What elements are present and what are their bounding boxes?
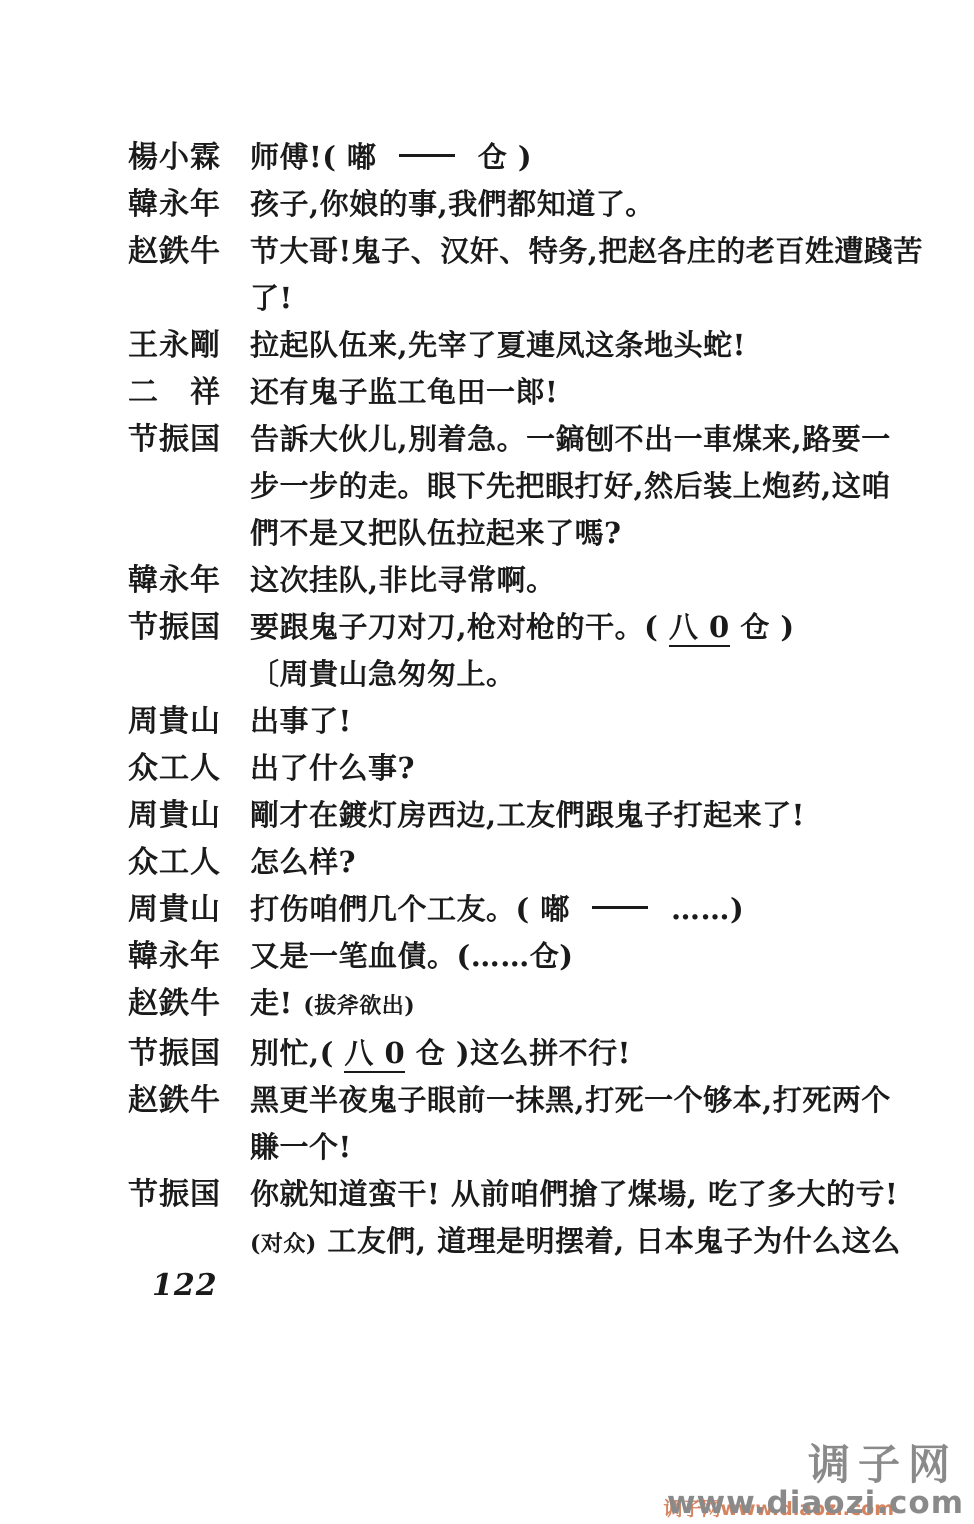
dialogue-row: 韓永年孩子,你娘的事,我們都知道了。 <box>0 181 974 228</box>
dialogue-line: 孩子,你娘的事,我們都知道了。 <box>250 181 898 228</box>
speech-text: 节大哥!鬼子、汉奸、特务,把赵各庄的老百姓遭踐苦了! <box>250 228 898 322</box>
speech-text: 走! (拔斧欲出) <box>250 980 898 1030</box>
dialogue-line: 步一步的走。眼下先把眼打好,然后装上炮药,这咱 <box>250 463 898 510</box>
dialogue-line: 走! (拔斧欲出) <box>250 980 898 1030</box>
stage-direction: (拔斧欲出) <box>303 993 415 1019</box>
speech-text: 出事了! <box>250 698 898 745</box>
speech-text: 孩子,你娘的事,我們都知道了。 <box>250 181 898 228</box>
speech-text: 出了什么事? <box>250 745 898 792</box>
dialogue-text: 出了什么事? <box>250 751 415 785</box>
dialogue-line: 师傅!( 嘟 仓 ) <box>250 134 898 181</box>
dialogue-text: 又是一笔血債。(……仓) <box>250 939 573 973</box>
dialogue-row: 众工人怎么样? <box>0 839 974 886</box>
dialogue-line: 又是一笔血債。(……仓) <box>250 933 898 980</box>
speaker-name: 节振国 <box>128 1171 250 1218</box>
speaker-name: 王永剛 <box>128 322 250 369</box>
dialogue-row: 节振国告訴大伙儿,別着急。一鎬刨不出一車煤来,路要一步一步的走。眼下先把眼打好,… <box>0 416 974 557</box>
dialogue-line: 了! <box>250 275 898 322</box>
dialogue-line: 們不是又把队伍拉起来了嗎? <box>250 510 898 557</box>
dialogue-text: 〔周貴山急匆匆上。 <box>250 657 516 691</box>
dialogue-text: 別忙,( <box>250 1036 344 1070</box>
speech-text: 又是一笔血債。(……仓) <box>250 933 898 980</box>
dialogue-line: 出事了! <box>250 698 898 745</box>
dialogue-line: 节大哥!鬼子、汉奸、特务,把赵各庄的老百姓遭踐苦 <box>250 228 898 275</box>
speech-text: 別忙,( 八 0 仓 )这么拼不行! <box>250 1030 898 1077</box>
dialogue-text: 节大哥!鬼子、汉奸、特务,把赵各庄的老百姓遭踐苦 <box>250 234 923 268</box>
speaker-name: 二 祥 <box>128 369 250 416</box>
dialogue-text: 工友們, 道理是明摆着, 日本鬼子为什么这么 <box>317 1224 901 1258</box>
long-dash-glyph <box>592 906 648 909</box>
dialogue-row: 节振国要跟鬼子刀对刀,枪对枪的干。( 八 0 仓 )〔周貴山急匆匆上。 <box>0 604 974 698</box>
dialogue-text: ……) <box>660 892 744 926</box>
dialogue-text: 仓 )这么拼不行! <box>405 1036 631 1070</box>
watermark: 调子网www.diaozi.com 调子网 www.diaozi.com <box>667 1443 964 1520</box>
speaker-name: 周貴山 <box>128 698 250 745</box>
speech-text: 要跟鬼子刀对刀,枪对枪的干。( 八 0 仓 )〔周貴山急匆匆上。 <box>250 604 898 698</box>
speaker-name: 众工人 <box>128 745 250 792</box>
page-number: 122 <box>152 1268 218 1303</box>
percussion-notation: 八 0 <box>669 610 730 647</box>
dialogue-line: 拉起队伍来,先宰了夏連凤这条地头蛇! <box>250 322 898 369</box>
dialogue-text: 师傅!( 嘟 <box>250 140 387 174</box>
percussion-notation: 八 0 <box>344 1036 405 1073</box>
speaker-name: 周貴山 <box>128 886 250 933</box>
dialogue-line: 賺一个! <box>250 1124 898 1171</box>
dialogue-row: 赵鉄牛节大哥!鬼子、汉奸、特务,把赵各庄的老百姓遭踐苦了! <box>0 228 974 322</box>
dialogue-line: 告訴大伙儿,別着急。一鎬刨不出一車煤来,路要一 <box>250 416 898 463</box>
dialogue-text: 这次挂队,非比寻常啊。 <box>250 563 556 597</box>
speaker-name: 韓永年 <box>128 557 250 604</box>
speaker-name: 周貴山 <box>128 792 250 839</box>
speaker-name: 楊小霖 <box>128 134 250 181</box>
dialogue-text: 仓 ) <box>730 610 795 644</box>
watermark-site-name: 调子网 <box>667 1443 958 1487</box>
speaker-name: 赵鉄牛 <box>128 1077 250 1124</box>
speech-text: 剛才在鍍灯房西边,工友們跟鬼子打起来了! <box>250 792 898 839</box>
speaker-name: 赵鉄牛 <box>128 980 250 1027</box>
dialogue-row: 周貴山剛才在鍍灯房西边,工友們跟鬼子打起来了! <box>0 792 974 839</box>
dialogue-line: 怎么样? <box>250 839 898 886</box>
dialogue-text: 还有鬼子监工龟田一郞! <box>250 375 558 409</box>
dialogue-text: 告訴大伙儿,別着急。一鎬刨不出一車煤来,路要一 <box>250 422 891 456</box>
speech-text: 打伤咱們几个工友。( 嘟 ……) <box>250 886 898 933</box>
stage-direction: (对众) <box>250 1231 317 1257</box>
dialogue-text: 要跟鬼子刀对刀,枪对枪的干。( <box>250 610 669 644</box>
speech-text: 还有鬼子监工龟田一郞! <box>250 369 898 416</box>
speaker-name: 众工人 <box>128 839 250 886</box>
speech-text: 这次挂队,非比寻常啊。 <box>250 557 898 604</box>
speaker-name: 韓永年 <box>128 181 250 228</box>
dialogue-line: 〔周貴山急匆匆上。 <box>250 651 898 698</box>
speaker-name: 赵鉄牛 <box>128 228 250 275</box>
speech-text: 你就知道蛮干! 从前咱們搶了煤場, 吃了多大的亏!(对众) 工友們, 道理是明摆… <box>250 1171 898 1268</box>
dialogue-line: 要跟鬼子刀对刀,枪对枪的干。( 八 0 仓 ) <box>250 604 898 651</box>
speech-text: 黑更半夜鬼子眼前一抹黑,打死一个够本,打死两个賺一个! <box>250 1077 898 1171</box>
speech-text: 怎么样? <box>250 839 898 886</box>
speaker-name: 韓永年 <box>128 933 250 980</box>
dialogue-text: 拉起队伍来,先宰了夏連凤这条地头蛇! <box>250 328 746 362</box>
dialogue-row: 赵鉄牛走! (拔斧欲出) <box>0 980 974 1030</box>
dialogue-line: 黑更半夜鬼子眼前一抹黑,打死一个够本,打死两个 <box>250 1077 898 1124</box>
dialogue-line: 这次挂队,非比寻常啊。 <box>250 557 898 604</box>
dialogue-text: 你就知道蛮干! 从前咱們搶了煤場, 吃了多大的亏! <box>250 1177 898 1211</box>
dialogue-text: 步一步的走。眼下先把眼打好,然后装上炮药,这咱 <box>250 469 891 503</box>
speech-text: 师傅!( 嘟 仓 ) <box>250 134 898 181</box>
dialogue-line: 出了什么事? <box>250 745 898 792</box>
speech-text: 拉起队伍来,先宰了夏連凤这条地头蛇! <box>250 322 898 369</box>
dialogue-line: (对众) 工友們, 道理是明摆着, 日本鬼子为什么这么 <box>250 1218 898 1268</box>
speech-text: 告訴大伙儿,別着急。一鎬刨不出一車煤来,路要一步一步的走。眼下先把眼打好,然后装… <box>250 416 898 557</box>
long-dash-glyph <box>399 154 455 157</box>
dialogue-list: 楊小霖师傅!( 嘟 仓 )韓永年孩子,你娘的事,我們都知道了。赵鉄牛节大哥!鬼子… <box>0 134 974 1268</box>
dialogue-row: 韓永年又是一笔血債。(……仓) <box>0 933 974 980</box>
dialogue-row: 王永剛拉起队伍来,先宰了夏連凤这条地头蛇! <box>0 322 974 369</box>
dialogue-row: 节振国別忙,( 八 0 仓 )这么拼不行! <box>0 1030 974 1077</box>
dialogue-row: 众工人出了什么事? <box>0 745 974 792</box>
dialogue-row: 二 祥还有鬼子监工龟田一郞! <box>0 369 974 416</box>
dialogue-row: 楊小霖师傅!( 嘟 仓 ) <box>0 134 974 181</box>
dialogue-line: 还有鬼子监工龟田一郞! <box>250 369 898 416</box>
dialogue-text: 怎么样? <box>250 845 356 879</box>
dialogue-line: 剛才在鍍灯房西边,工友們跟鬼子打起来了! <box>250 792 898 839</box>
dialogue-text: 仓 ) <box>467 140 532 174</box>
speaker-name: 节振国 <box>128 1030 250 1077</box>
dialogue-text: 出事了! <box>250 704 352 738</box>
dialogue-text: 打伤咱們几个工友。( 嘟 <box>250 892 580 926</box>
dialogue-text: 了! <box>250 281 293 315</box>
dialogue-row: 周貴山打伤咱們几个工友。( 嘟 ……) <box>0 886 974 933</box>
dialogue-text: 剛才在鍍灯房西边,工友們跟鬼子打起来了! <box>250 798 805 832</box>
dialogue-row: 赵鉄牛黑更半夜鬼子眼前一抹黑,打死一个够本,打死两个賺一个! <box>0 1077 974 1171</box>
dialogue-text: 黑更半夜鬼子眼前一抹黑,打死一个够本,打死两个 <box>250 1083 891 1117</box>
dialogue-row: 韓永年这次挂队,非比寻常啊。 <box>0 557 974 604</box>
dialogue-line: 打伤咱們几个工友。( 嘟 ……) <box>250 886 898 933</box>
dialogue-text: 賺一个! <box>250 1130 352 1164</box>
dialogue-row: 节振国你就知道蛮干! 从前咱們搶了煤場, 吃了多大的亏!(对众) 工友們, 道理… <box>0 1171 974 1268</box>
dialogue-text: 們不是又把队伍拉起来了嗎? <box>250 516 622 550</box>
dialogue-text: 孩子,你娘的事,我們都知道了。 <box>250 187 655 221</box>
scanned-script-page: 楊小霖师傅!( 嘟 仓 )韓永年孩子,你娘的事,我們都知道了。赵鉄牛节大哥!鬼子… <box>0 0 974 1524</box>
dialogue-text: 走! <box>250 986 303 1020</box>
watermark-url: www.diaozi.com <box>667 1487 964 1520</box>
dialogue-row: 周貴山出事了! <box>0 698 974 745</box>
dialogue-line: 你就知道蛮干! 从前咱們搶了煤場, 吃了多大的亏! <box>250 1171 898 1218</box>
dialogue-line: 別忙,( 八 0 仓 )这么拼不行! <box>250 1030 898 1077</box>
speaker-name: 节振国 <box>128 604 250 651</box>
speaker-name: 节振国 <box>128 416 250 463</box>
